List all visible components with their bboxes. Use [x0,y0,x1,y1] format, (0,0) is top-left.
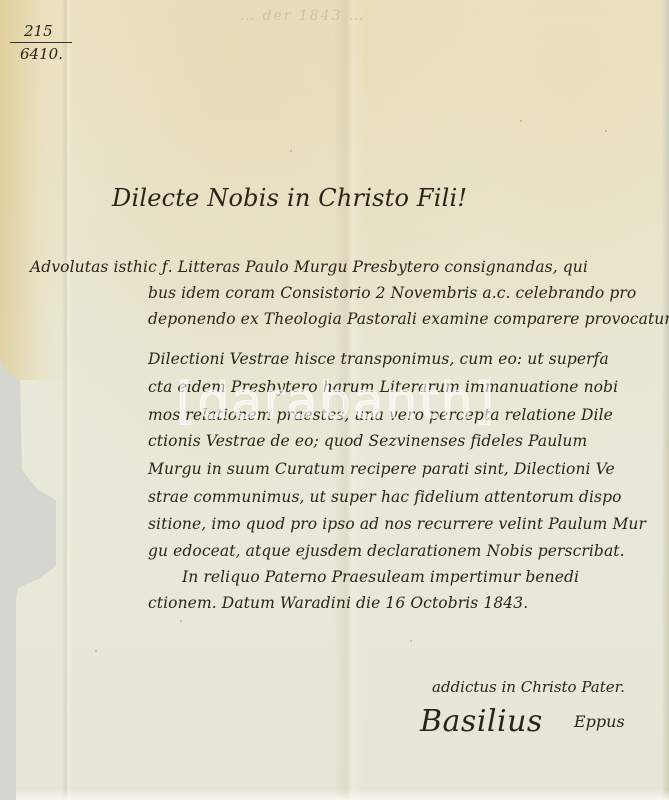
document-scan: … der 1843 … 215 6410. Dilecte Nobis in … [0,0,669,800]
body-line: Murgu in suum Curatum recipere parati si… [148,460,615,478]
body-line: mos relationem praestes, una vero percep… [148,406,613,424]
body-line: Advolutas isthic ƒ. Litteras Paulo Murgu… [30,258,588,276]
body-line: In reliquo Paterno Praesuleam impertimur… [182,568,579,586]
body-line: ctionis Vestrae de eo; quod Sezvinenses … [148,432,587,450]
body-line: sitione, imo quod pro ipso ad nos recurr… [148,515,646,533]
signature-title: Eppus [574,712,625,731]
body-line: gu edoceat, atque ejusdem declarationem … [148,542,625,560]
body-line: bus idem coram Consistorio 2 Novembris a… [148,284,636,302]
letter-paper: … der 1843 … 215 6410. Dilecte Nobis in … [0,0,669,800]
signature: Basilius [420,704,543,739]
paper-speck [290,150,292,152]
paper-speck [605,130,607,132]
paper-speck [180,620,182,622]
closing-phrase: addictus in Christo Pater. [432,678,625,696]
body-line: Dilectioni Vestrae hisce transponimus, c… [148,350,609,368]
body-line: ctionem. Datum Waradini die 16 Octobris … [148,594,528,612]
paper-speck [95,650,97,652]
body-line: deponendo ex Theologia Pastorali examine… [148,310,669,328]
paper-speck [410,640,412,642]
body-line: cta eidem Presbytero harum Literarum imm… [148,378,618,396]
paper-speck [520,120,522,122]
body-line: strae communimus, ut super hac fidelium … [148,488,622,506]
